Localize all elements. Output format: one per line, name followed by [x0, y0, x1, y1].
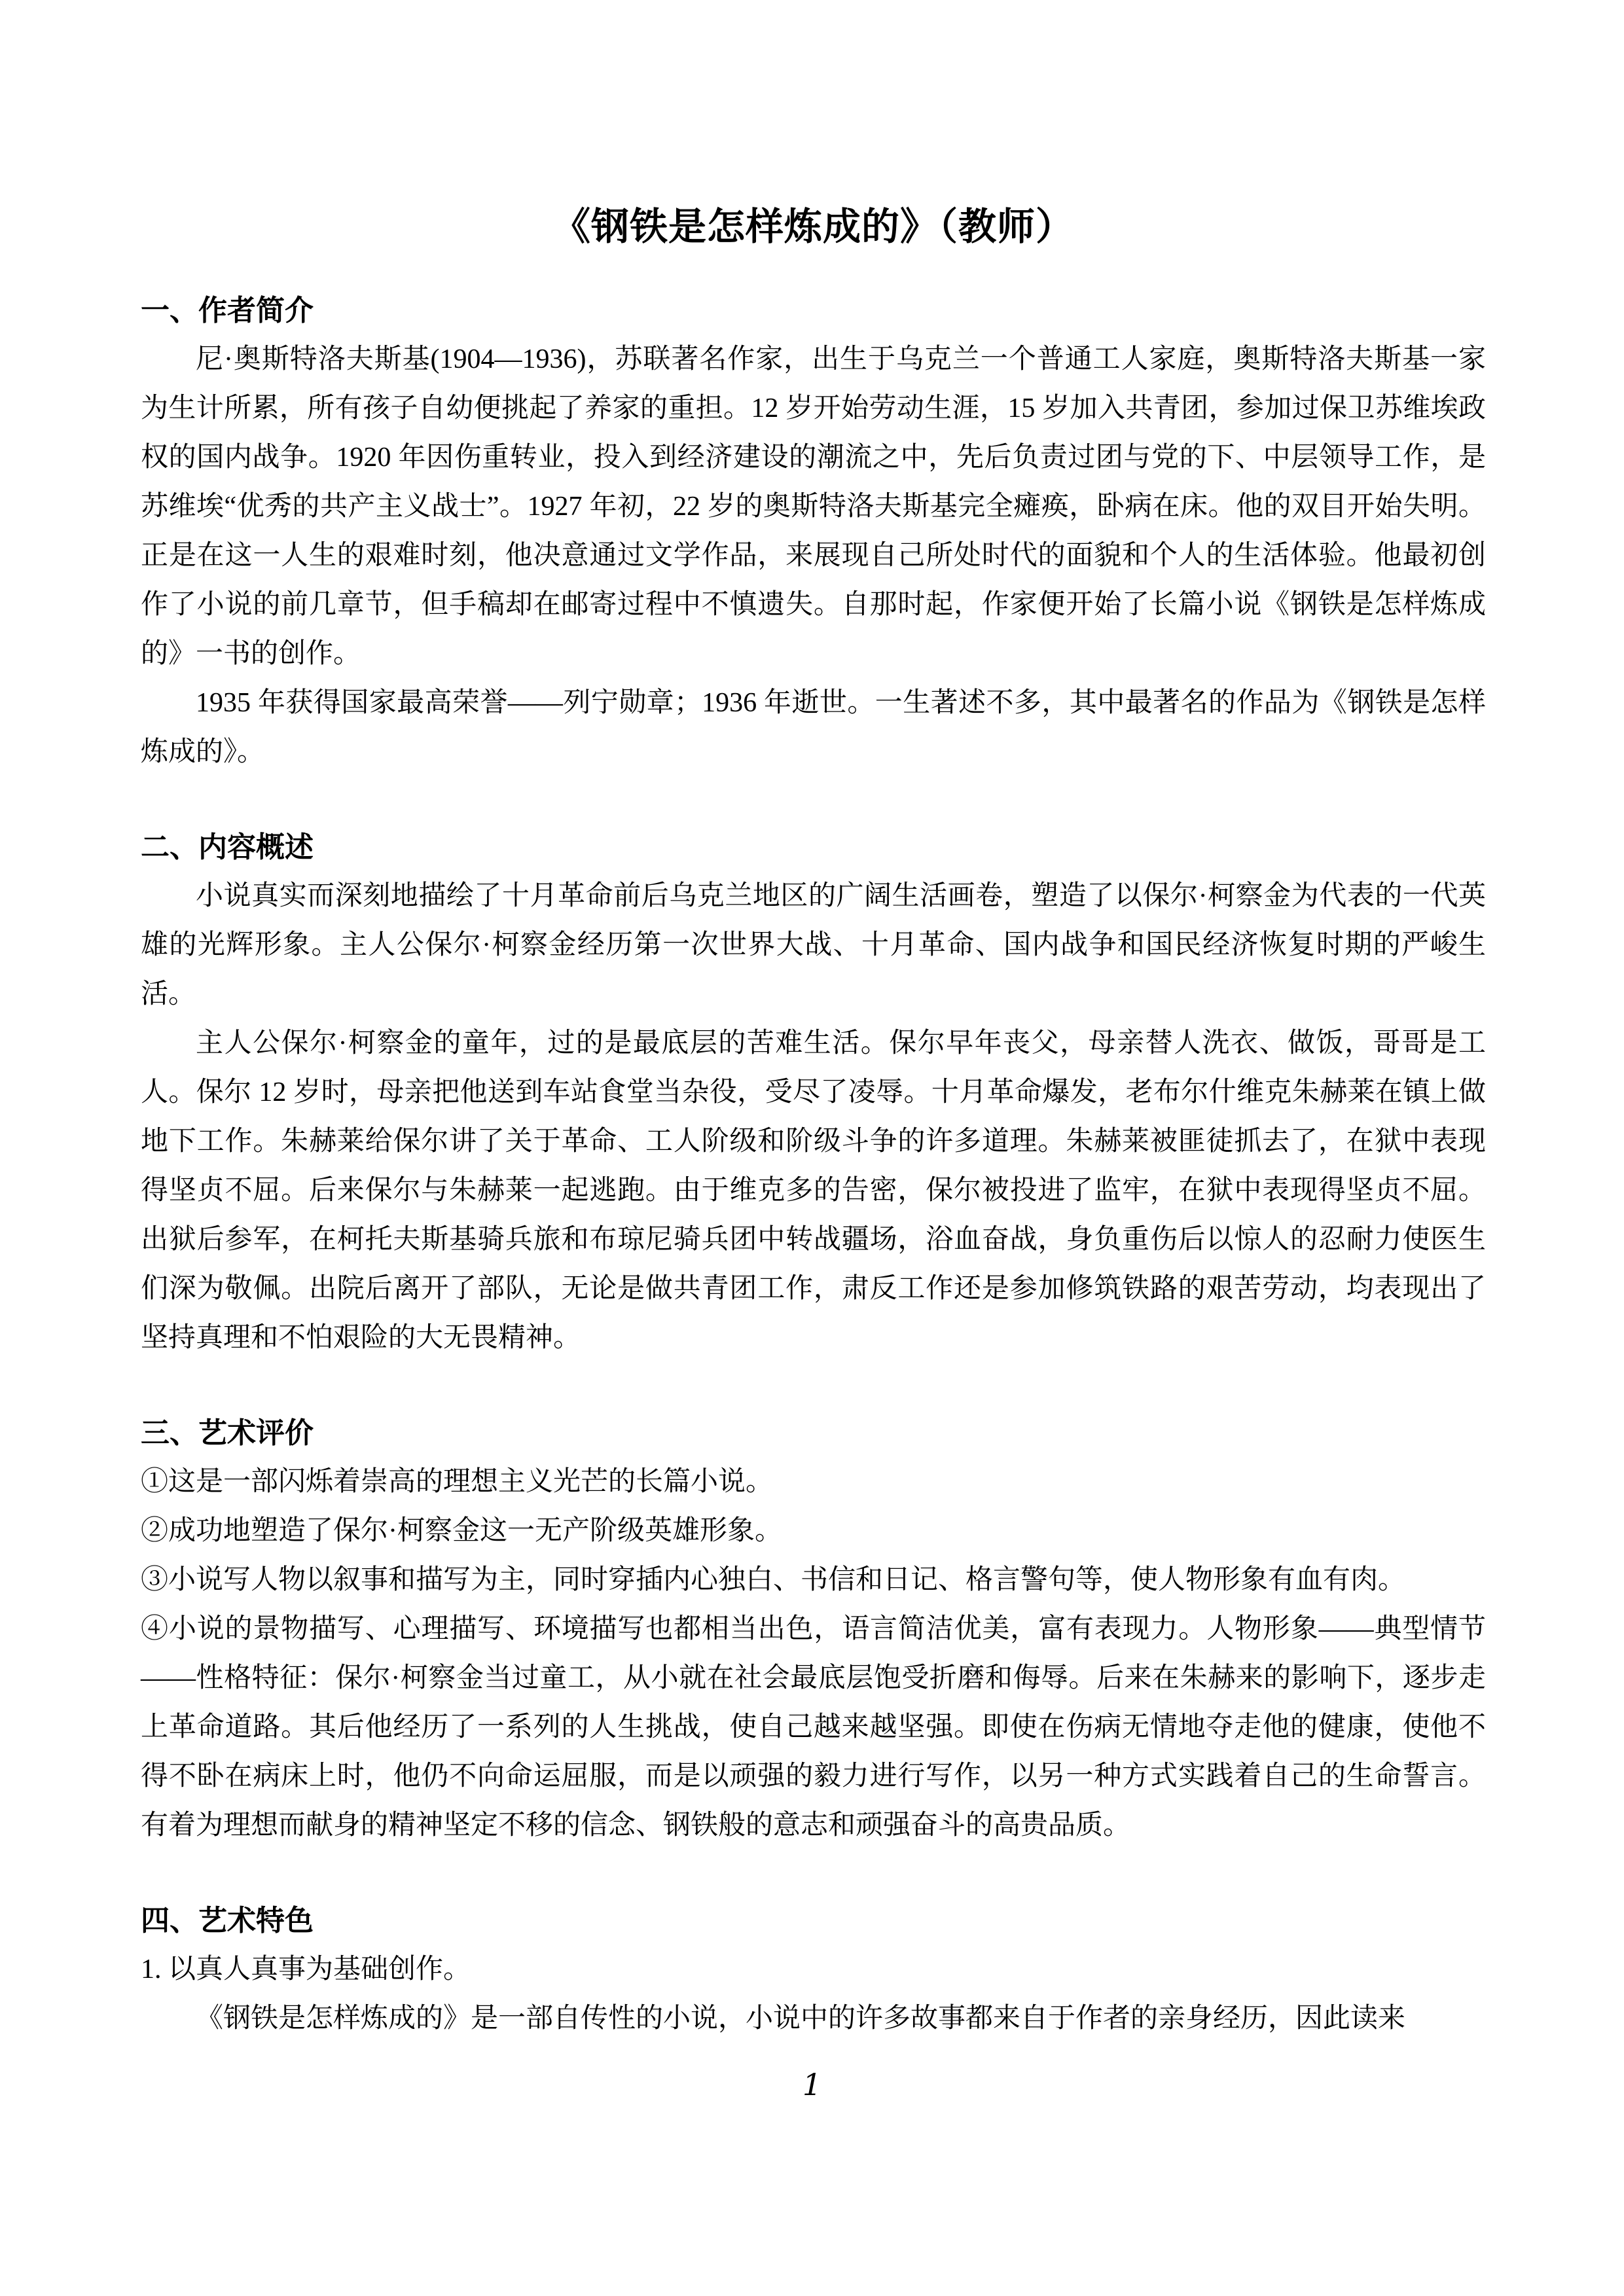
art-features-item-1: 1. 以真人真事为基础创作。	[141, 1945, 1486, 1994]
art-evaluation-item-1: ①这是一部闪烁着崇高的理想主义光芒的长篇小说。	[141, 1458, 1486, 1507]
art-evaluation-item-3: ③小说写人物以叙事和描写为主，同时穿插内心独白、书信和日记、格言警句等，使人物形…	[141, 1556, 1486, 1605]
section-heading-art-features: 四、艺术特色	[141, 1896, 1486, 1945]
art-evaluation-item-2: ②成功地塑造了保尔·柯察金这一无产阶级英雄形象。	[141, 1507, 1486, 1556]
section-heading-author-intro: 一、作者简介	[141, 286, 1486, 335]
content-overview-paragraph-2: 主人公保尔·柯察金的童年，过的是最底层的苦难生活。保尔早年丧父，母亲替人洗衣、做…	[141, 1019, 1486, 1363]
content-overview-paragraph-1: 小说真实而深刻地描绘了十月革命前后乌克兰地区的广阔生活画卷，塑造了以保尔·柯察金…	[141, 872, 1486, 1019]
section-heading-art-evaluation: 三、艺术评价	[141, 1408, 1486, 1458]
art-features-paragraph-1: 《钢铁是怎样炼成的》是一部自传性的小说，小说中的许多故事都来自于作者的亲身经历，…	[141, 1994, 1486, 2043]
page-number: 1	[0, 2067, 1624, 2102]
page-title: 《钢铁是怎样炼成的》（教师）	[141, 200, 1486, 255]
author-intro-paragraph-2: 1935 年获得国家最高荣誉——列宁勋章；1936 年逝世。一生著述不多，其中最…	[141, 679, 1486, 777]
art-evaluation-item-4: ④小说的景物描写、心理描写、环境描写也都相当出色，语言简洁优美，富有表现力。人物…	[141, 1605, 1486, 1850]
author-intro-paragraph-1: 尼·奥斯特洛夫斯基(1904—1936)，苏联著名作家，出生于乌克兰一个普通工人…	[141, 335, 1486, 679]
section-heading-content-overview: 二、内容概述	[141, 823, 1486, 872]
document-page: 《钢铁是怎样炼成的》（教师） 一、作者简介 尼·奥斯特洛夫斯基(1904—193…	[0, 0, 1624, 2296]
